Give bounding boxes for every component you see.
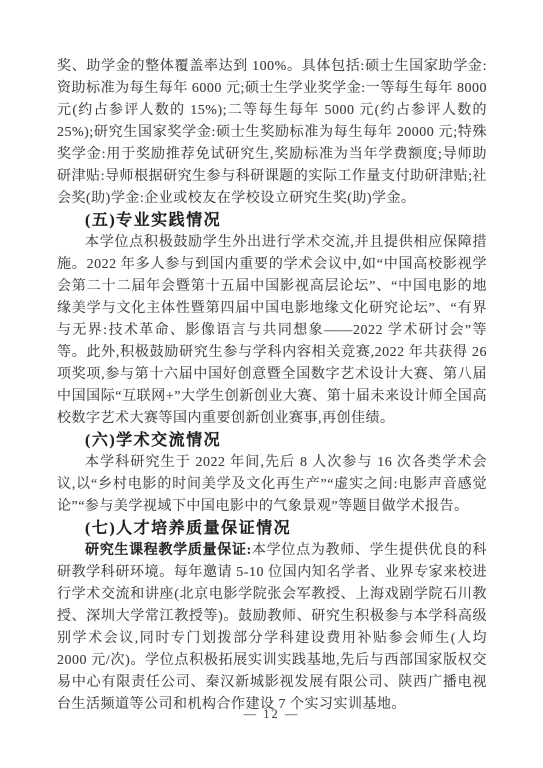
document-page: 奖、助学金的整体覆盖率达到 100%。具体包括:硕士生国家助学金:资助标准为每生… bbox=[0, 0, 543, 768]
paragraph-professional-practice: 本学位点积极鼓励学生外出进行学术交流,并且提供相应保障措施。2022 年多人参与… bbox=[57, 232, 487, 430]
page-body: 奖、助学金的整体覆盖率达到 100%。具体包括:硕士生国家助学金:资助标准为每生… bbox=[57, 56, 487, 716]
paragraph-training-quality: 研究生课程教学质量保证:本学位点为教师、学生提供优良的科研教学科研环境。每年邀请… bbox=[57, 540, 487, 716]
paragraph-scholarship-coverage: 奖、助学金的整体覆盖率达到 100%。具体包括:硕士生国家助学金:资助标准为每生… bbox=[57, 56, 487, 210]
paragraph-academic-exchange: 本学科研究生于 2022 年间,先后 8 人次参与 16 次各类学术会议,以“乡… bbox=[57, 452, 487, 518]
heading-professional-practice: (五)专业实践情况 bbox=[57, 210, 487, 232]
quality-paragraph-text: 本学位点为教师、学生提供优良的科研教学科研环境。每年邀请 5-10 位国内知名学… bbox=[57, 543, 487, 712]
quality-paragraph-bold-lead: 研究生课程教学质量保证: bbox=[85, 543, 252, 558]
page-number: — 12 — bbox=[0, 705, 543, 723]
heading-academic-exchange: (六)学术交流情况 bbox=[57, 430, 487, 452]
heading-training-quality-assurance: (七)人才培养质量保证情况 bbox=[57, 518, 487, 540]
